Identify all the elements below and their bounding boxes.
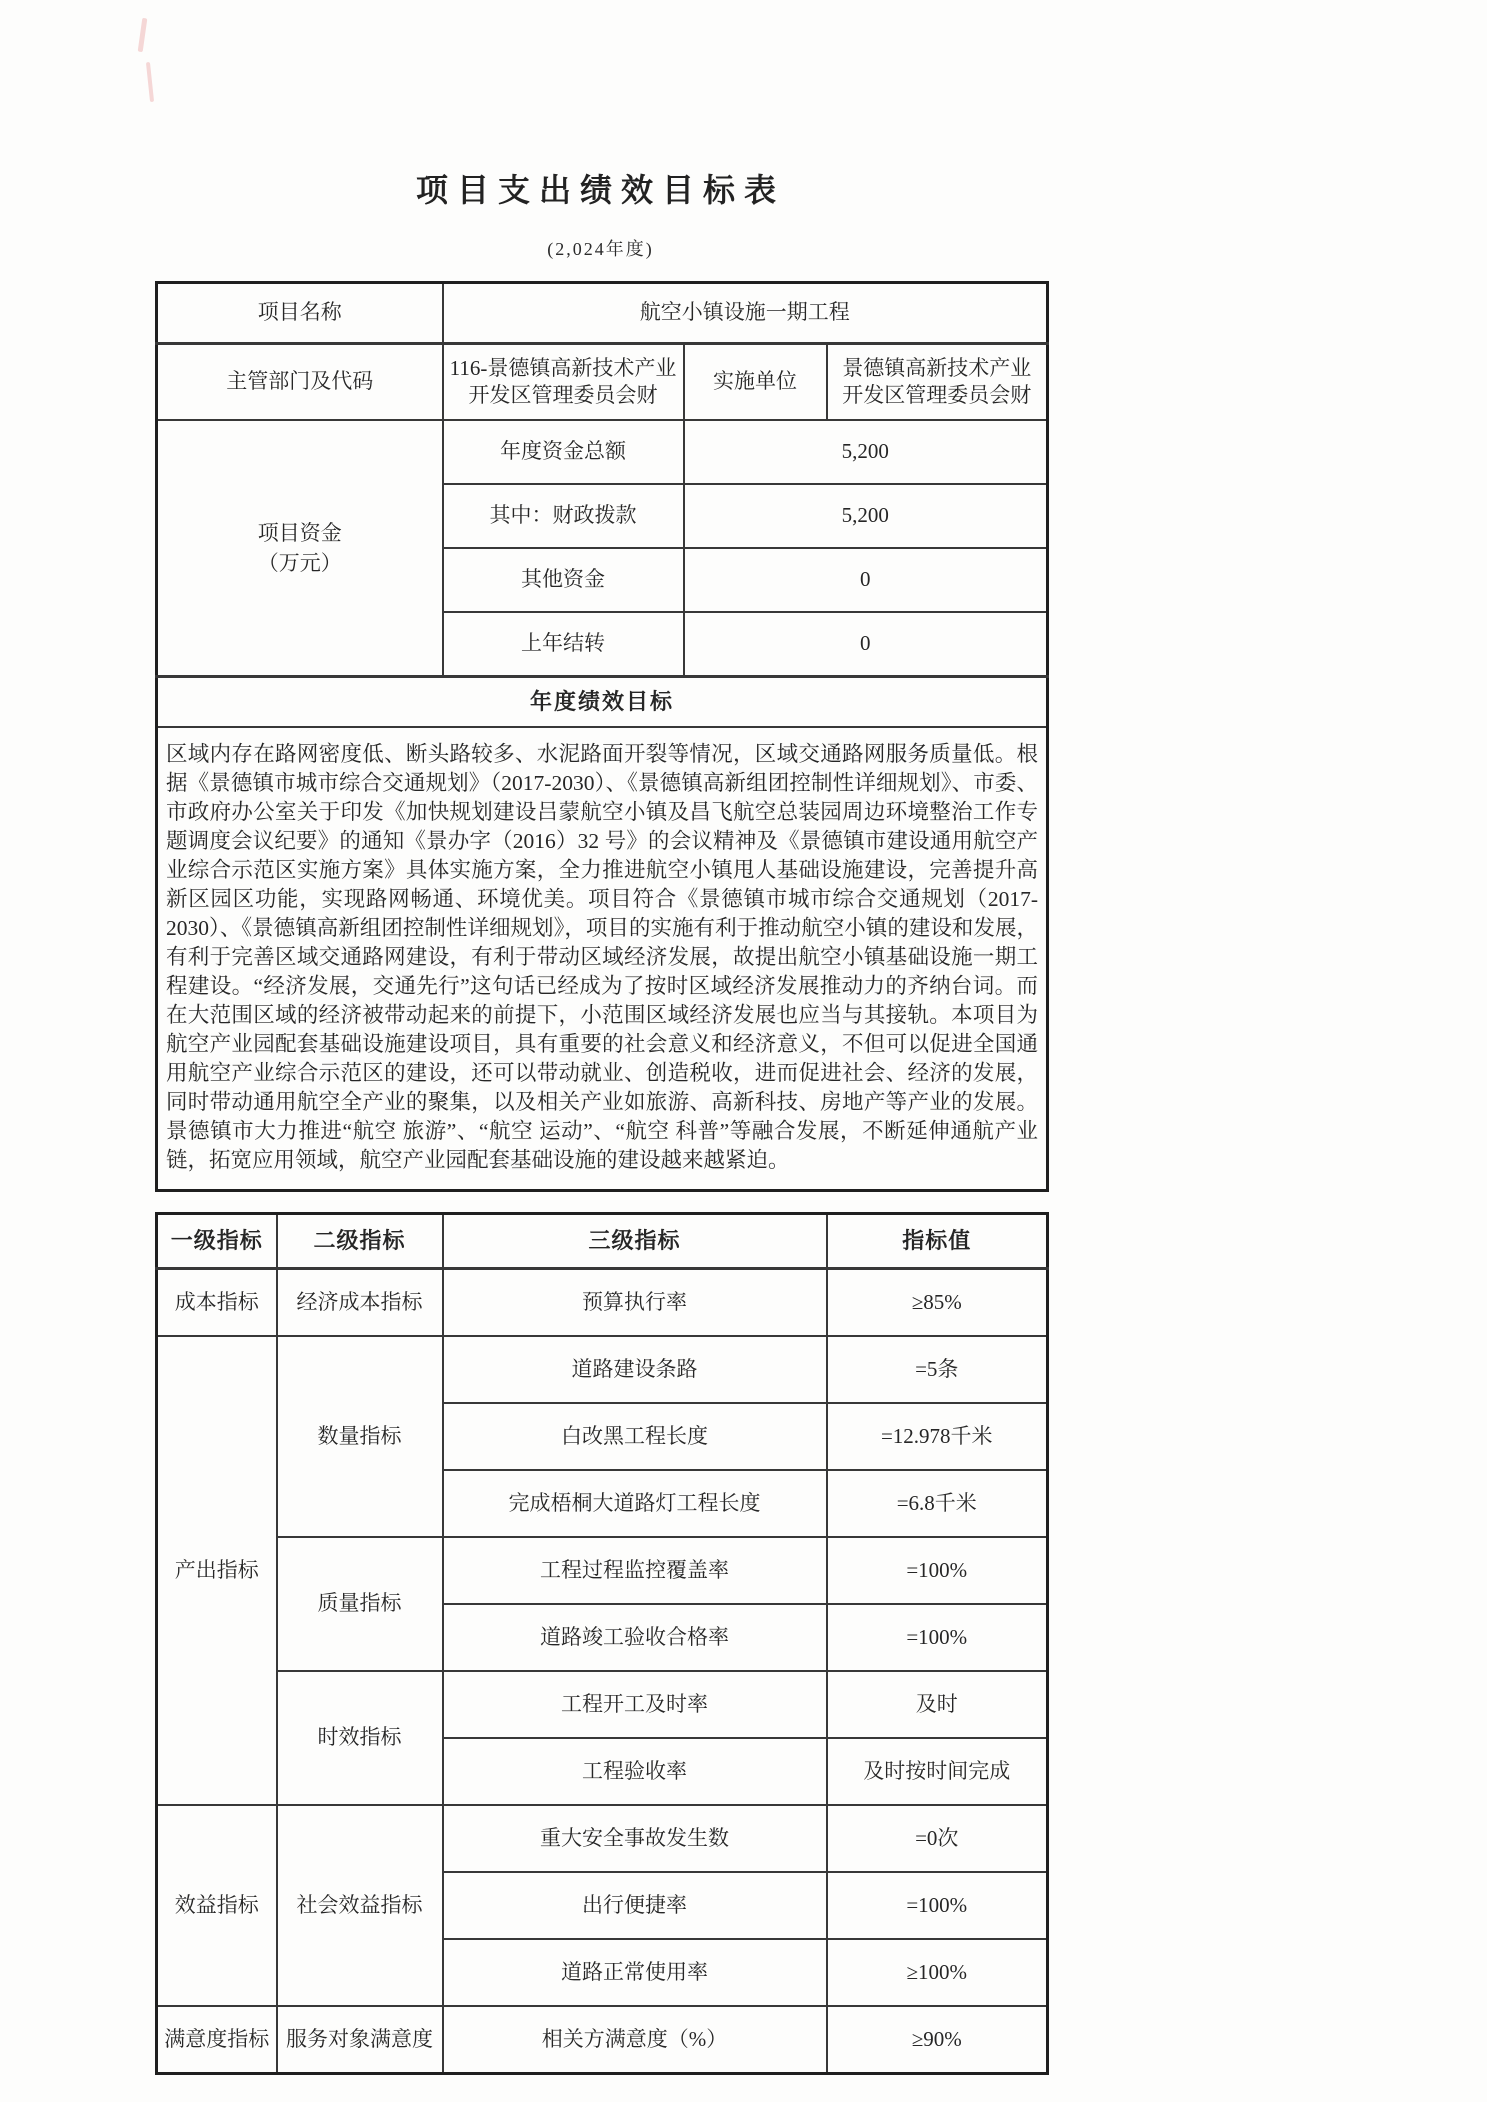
value-cell: =100% xyxy=(827,1872,1048,1939)
table-row: 主管部门及代码 116-景德镇高新技术产业开发区管理委员会财 实施单位 景德镇高… xyxy=(157,344,1048,421)
annual-goal-header: 年度绩效目标 xyxy=(157,677,1048,728)
value-cell: =12.978千米 xyxy=(827,1403,1048,1470)
level2-cell: 社会效益指标 xyxy=(277,1805,443,2006)
project-info-table: 项目名称 航空小镇设施一期工程 主管部门及代码 116-景德镇高新技术产业开发区… xyxy=(155,281,1049,1192)
table-row: 区域内存在路网密度低、断头路较多、水泥路面开裂等情况，区域交通路网服务质量低。根… xyxy=(157,727,1048,1191)
annual-goal-text: 区域内存在路网密度低、断头路较多、水泥路面开裂等情况，区域交通路网服务质量低。根… xyxy=(157,727,1048,1191)
carryover-label: 上年结转 xyxy=(443,612,684,677)
value-cell: 及时 xyxy=(827,1671,1048,1738)
level3-cell: 工程开工及时率 xyxy=(443,1671,827,1738)
table-row: 时效指标 工程开工及时率 及时 xyxy=(157,1671,1048,1738)
level3-cell: 相关方满意度（%） xyxy=(443,2006,827,2074)
project-funds-label-line1: 项目资金 xyxy=(164,518,436,548)
level3-cell: 出行便捷率 xyxy=(443,1872,827,1939)
level3-cell: 重大安全事故发生数 xyxy=(443,1805,827,1872)
carryover-value: 0 xyxy=(684,612,1048,677)
indicator-table: 一级指标 二级指标 三级指标 指标值 成本指标 经济成本指标 预算执行率 ≥85… xyxy=(155,1212,1049,2075)
value-cell: 及时按时间完成 xyxy=(827,1738,1048,1805)
header-level3: 三级指标 xyxy=(443,1214,827,1269)
value-cell: ≥90% xyxy=(827,2006,1048,2074)
indicator-header-row: 一级指标 二级指标 三级指标 指标值 xyxy=(157,1214,1048,1269)
page-subtitle: (2,024年度) xyxy=(155,235,1046,261)
other-funds-value: 0 xyxy=(684,548,1048,612)
level1-cell: 效益指标 xyxy=(157,1805,277,2006)
table-row: 项目资金 （万元） 年度资金总额 5,200 xyxy=(157,420,1048,484)
annual-total-label: 年度资金总额 xyxy=(443,420,684,484)
level3-cell: 道路正常使用率 xyxy=(443,1939,827,2006)
value-cell: =0次 xyxy=(827,1805,1048,1872)
level3-cell: 道路建设条路 xyxy=(443,1336,827,1403)
level3-cell: 预算执行率 xyxy=(443,1269,827,1337)
table-row: 产出指标 数量指标 道路建设条路 =5条 xyxy=(157,1336,1048,1403)
value-cell: ≥85% xyxy=(827,1269,1048,1337)
scan-artifact xyxy=(146,62,154,102)
level2-cell: 服务对象满意度 xyxy=(277,2006,443,2074)
level2-cell: 经济成本指标 xyxy=(277,1269,443,1337)
department-label: 主管部门及代码 xyxy=(157,344,443,421)
header-value: 指标值 xyxy=(827,1214,1048,1269)
level3-cell: 道路竣工验收合格率 xyxy=(443,1604,827,1671)
level1-cell: 满意度指标 xyxy=(157,2006,277,2074)
document-body: 项目支出绩效目标表 (2,024年度) 项目名称 航空小镇设施一期工程 主管部门… xyxy=(155,165,1046,2075)
value-cell: =6.8千米 xyxy=(827,1470,1048,1537)
level3-cell: 工程过程监控覆盖率 xyxy=(443,1537,827,1604)
table-row: 效益指标 社会效益指标 重大安全事故发生数 =0次 xyxy=(157,1805,1048,1872)
implement-unit-label: 实施单位 xyxy=(684,344,827,421)
project-name-value: 航空小镇设施一期工程 xyxy=(443,283,1048,344)
header-level1: 一级指标 xyxy=(157,1214,277,1269)
level2-cell: 数量指标 xyxy=(277,1336,443,1537)
department-value: 116-景德镇高新技术产业开发区管理委员会财 xyxy=(443,344,684,421)
fiscal-appropriation-value: 5,200 xyxy=(684,484,1048,548)
page-title: 项目支出绩效目标表 xyxy=(155,165,1046,211)
value-cell: =100% xyxy=(827,1537,1048,1604)
implement-unit-value: 景德镇高新技术产业开发区管理委员会财 xyxy=(827,344,1048,421)
table-row: 满意度指标 服务对象满意度 相关方满意度（%） ≥90% xyxy=(157,2006,1048,2074)
table-row: 成本指标 经济成本指标 预算执行率 ≥85% xyxy=(157,1269,1048,1337)
level3-cell: 白改黑工程长度 xyxy=(443,1403,827,1470)
level2-cell: 质量指标 xyxy=(277,1537,443,1671)
level2-cell: 时效指标 xyxy=(277,1671,443,1805)
table-row: 项目名称 航空小镇设施一期工程 xyxy=(157,283,1048,344)
level1-cell: 成本指标 xyxy=(157,1269,277,1337)
scanned-document-page: 项目支出绩效目标表 (2,024年度) 项目名称 航空小镇设施一期工程 主管部门… xyxy=(0,0,1487,2102)
level1-cell: 产出指标 xyxy=(157,1336,277,1805)
scan-artifact xyxy=(138,18,148,52)
project-funds-label-line2: （万元） xyxy=(164,548,436,578)
value-cell: =100% xyxy=(827,1604,1048,1671)
header-level2: 二级指标 xyxy=(277,1214,443,1269)
table-row: 质量指标 工程过程监控覆盖率 =100% xyxy=(157,1537,1048,1604)
fiscal-appropriation-label: 其中：财政拨款 xyxy=(443,484,684,548)
level3-cell: 完成梧桐大道路灯工程长度 xyxy=(443,1470,827,1537)
level3-cell: 工程验收率 xyxy=(443,1738,827,1805)
project-funds-label: 项目资金 （万元） xyxy=(157,420,443,677)
value-cell: =5条 xyxy=(827,1336,1048,1403)
table-row: 年度绩效目标 xyxy=(157,677,1048,728)
value-cell: ≥100% xyxy=(827,1939,1048,2006)
other-funds-label: 其他资金 xyxy=(443,548,684,612)
annual-total-value: 5,200 xyxy=(684,420,1048,484)
project-name-label: 项目名称 xyxy=(157,283,443,344)
